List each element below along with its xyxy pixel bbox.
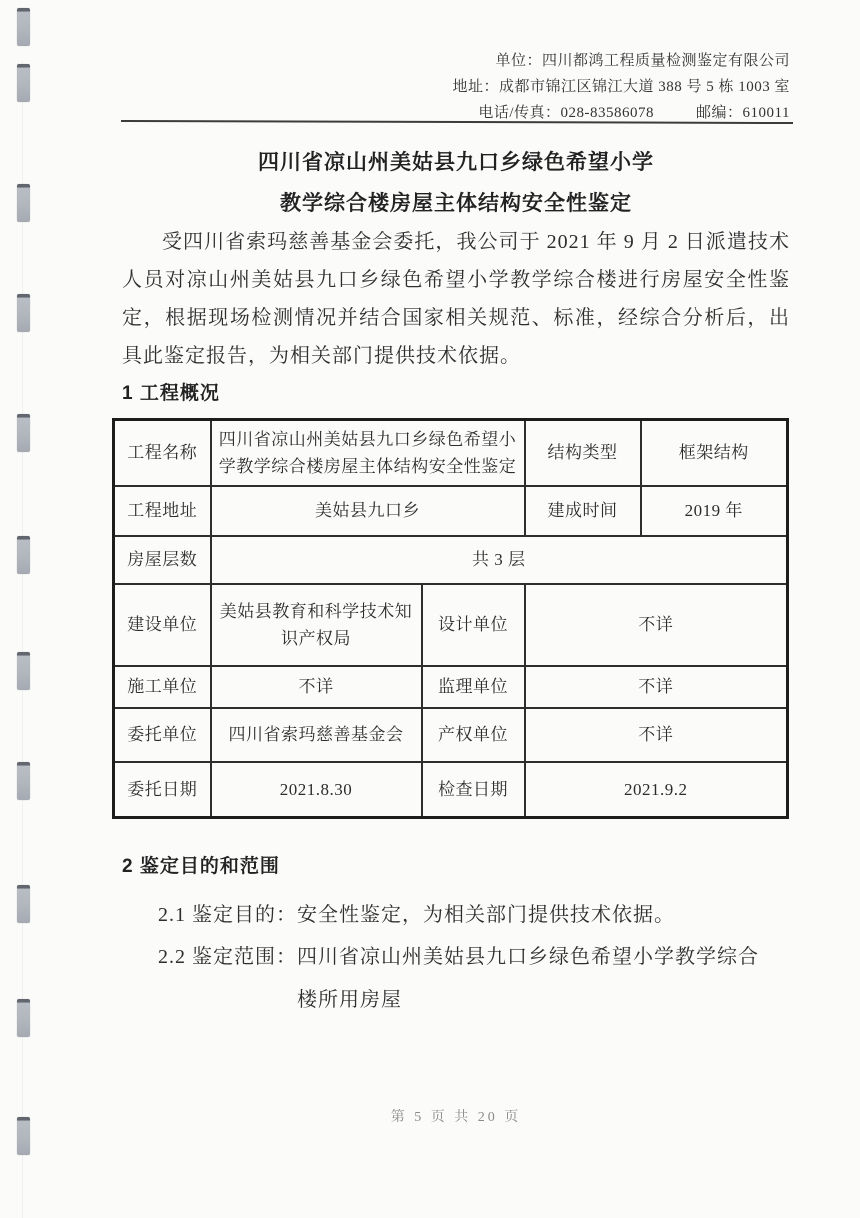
binding-hole-icon [17, 1117, 30, 1155]
table-row: 委托单位 四川省索玛慈善基金会 产权单位 不详 [114, 708, 788, 762]
cell-completion-value: 2019 年 [641, 486, 788, 536]
project-info-table-wrap: 工程名称 四川省凉山州美姑县九口乡绿色希望小学教学综合楼房屋主体结构安全性鉴定 … [112, 418, 789, 819]
cell-structure-type-label: 结构类型 [525, 420, 641, 486]
cell-floors-label: 房屋层数 [114, 536, 211, 584]
cell-client-label: 委托单位 [114, 708, 211, 762]
cell-inspection-date-label: 检查日期 [422, 762, 525, 818]
binding-hole-icon [17, 652, 30, 690]
table-row: 工程地址 美姑县九口乡 建成时间 2019 年 [114, 486, 788, 536]
cell-constructor-label: 施工单位 [114, 666, 211, 708]
binding-hole-icon [17, 184, 30, 222]
section2-heading: 2 鉴定目的和范围 [122, 851, 280, 878]
clause-2-2-line1: 四川省凉山州美姑县九口乡绿色希望小学教学综合 [297, 936, 759, 979]
clause-2-2-label: 2.2 鉴定范围： [158, 936, 297, 979]
cell-supervisor-value: 不详 [525, 666, 788, 708]
table-row: 工程名称 四川省凉山州美姑县九口乡绿色希望小学教学综合楼房屋主体结构安全性鉴定 … [114, 420, 788, 486]
cell-floors-value: 共 3 层 [211, 536, 788, 584]
cell-address-value: 美姑县九口乡 [211, 486, 525, 536]
table-row: 委托日期 2021.8.30 检查日期 2021.9.2 [114, 762, 788, 818]
cell-owner-value: 不详 [525, 708, 788, 762]
document-title-line2: 教学综合楼房屋主体结构安全性鉴定 [122, 187, 790, 217]
intro-paragraph: 受四川省索玛慈善基金会委托，我公司于 2021 年 9 月 2 日派遣技术人员对… [122, 223, 790, 375]
cell-designer-label: 设计单位 [422, 584, 525, 666]
cell-commission-date-value: 2021.8.30 [211, 762, 422, 818]
postcode-text: 邮编：610011 [696, 105, 790, 121]
cell-completion-label: 建成时间 [525, 486, 641, 536]
table-row: 房屋层数 共 3 层 [114, 536, 788, 584]
company-name-line: 单位：四川都鸿工程质量检测鉴定有限公司 [452, 48, 790, 74]
company-address-line: 地址：成都市锦江区锦江大道 388 号 5 栋 1003 室 [452, 74, 790, 100]
table-row: 施工单位 不详 监理单位 不详 [114, 666, 788, 708]
table-row: 建设单位 美姑县教育和科学技术知识产权局 设计单位 不详 [114, 584, 788, 666]
cell-builder-value: 美姑县教育和科学技术知识产权局 [211, 584, 422, 666]
cell-address-label: 工程地址 [114, 486, 211, 536]
document-page: 单位：四川都鸿工程质量检测鉴定有限公司 地址：成都市锦江区锦江大道 388 号 … [0, 0, 860, 1218]
binding-hole-icon [17, 294, 30, 332]
binding-hole-icon [17, 999, 30, 1037]
cell-builder-label: 建设单位 [114, 584, 211, 666]
company-header: 单位：四川都鸿工程质量检测鉴定有限公司 地址：成都市锦江区锦江大道 388 号 … [452, 48, 790, 126]
clause-2-2-line2: 楼所用房屋 [297, 979, 759, 1022]
cell-owner-label: 产权单位 [422, 708, 525, 762]
cell-designer-value: 不详 [525, 584, 788, 666]
scan-artifact-line [22, 60, 23, 1218]
cell-supervisor-label: 监理单位 [422, 666, 525, 708]
clause-2-2-body: 四川省凉山州美姑县九口乡绿色希望小学教学综合 楼所用房屋 [297, 936, 759, 1022]
phone-fax-text: 电话/传真：028-83586078 [478, 105, 654, 121]
cell-inspection-date-value: 2021.9.2 [525, 762, 788, 818]
clause-2-1: 2.1 鉴定目的：安全性鉴定，为相关部门提供技术依据。 [158, 894, 675, 937]
cell-client-value: 四川省索玛慈善基金会 [211, 708, 422, 762]
project-info-table: 工程名称 四川省凉山州美姑县九口乡绿色希望小学教学综合楼房屋主体结构安全性鉴定 … [112, 418, 789, 819]
cell-project-name-label: 工程名称 [114, 420, 211, 486]
cell-project-name-value: 四川省凉山州美姑县九口乡绿色希望小学教学综合楼房屋主体结构安全性鉴定 [211, 420, 525, 486]
binding-hole-icon [17, 536, 30, 574]
section1-heading: 1 工程概况 [122, 378, 220, 405]
cell-structure-type-value: 框架结构 [641, 420, 788, 486]
binding-hole-icon [17, 64, 30, 102]
binding-hole-icon [17, 885, 30, 923]
binding-hole-icon [17, 8, 30, 46]
binding-hole-icon [17, 414, 30, 452]
page-number-footer: 第 5 页 共 20 页 [122, 1106, 790, 1126]
cell-constructor-value: 不详 [211, 666, 422, 708]
document-title-line1: 四川省凉山州美姑县九口乡绿色希望小学 [122, 146, 790, 176]
cell-commission-date-label: 委托日期 [114, 762, 211, 818]
clause-2-2: 2.2 鉴定范围： 四川省凉山州美姑县九口乡绿色希望小学教学综合 楼所用房屋 [158, 936, 759, 1022]
binding-hole-icon [17, 762, 30, 800]
